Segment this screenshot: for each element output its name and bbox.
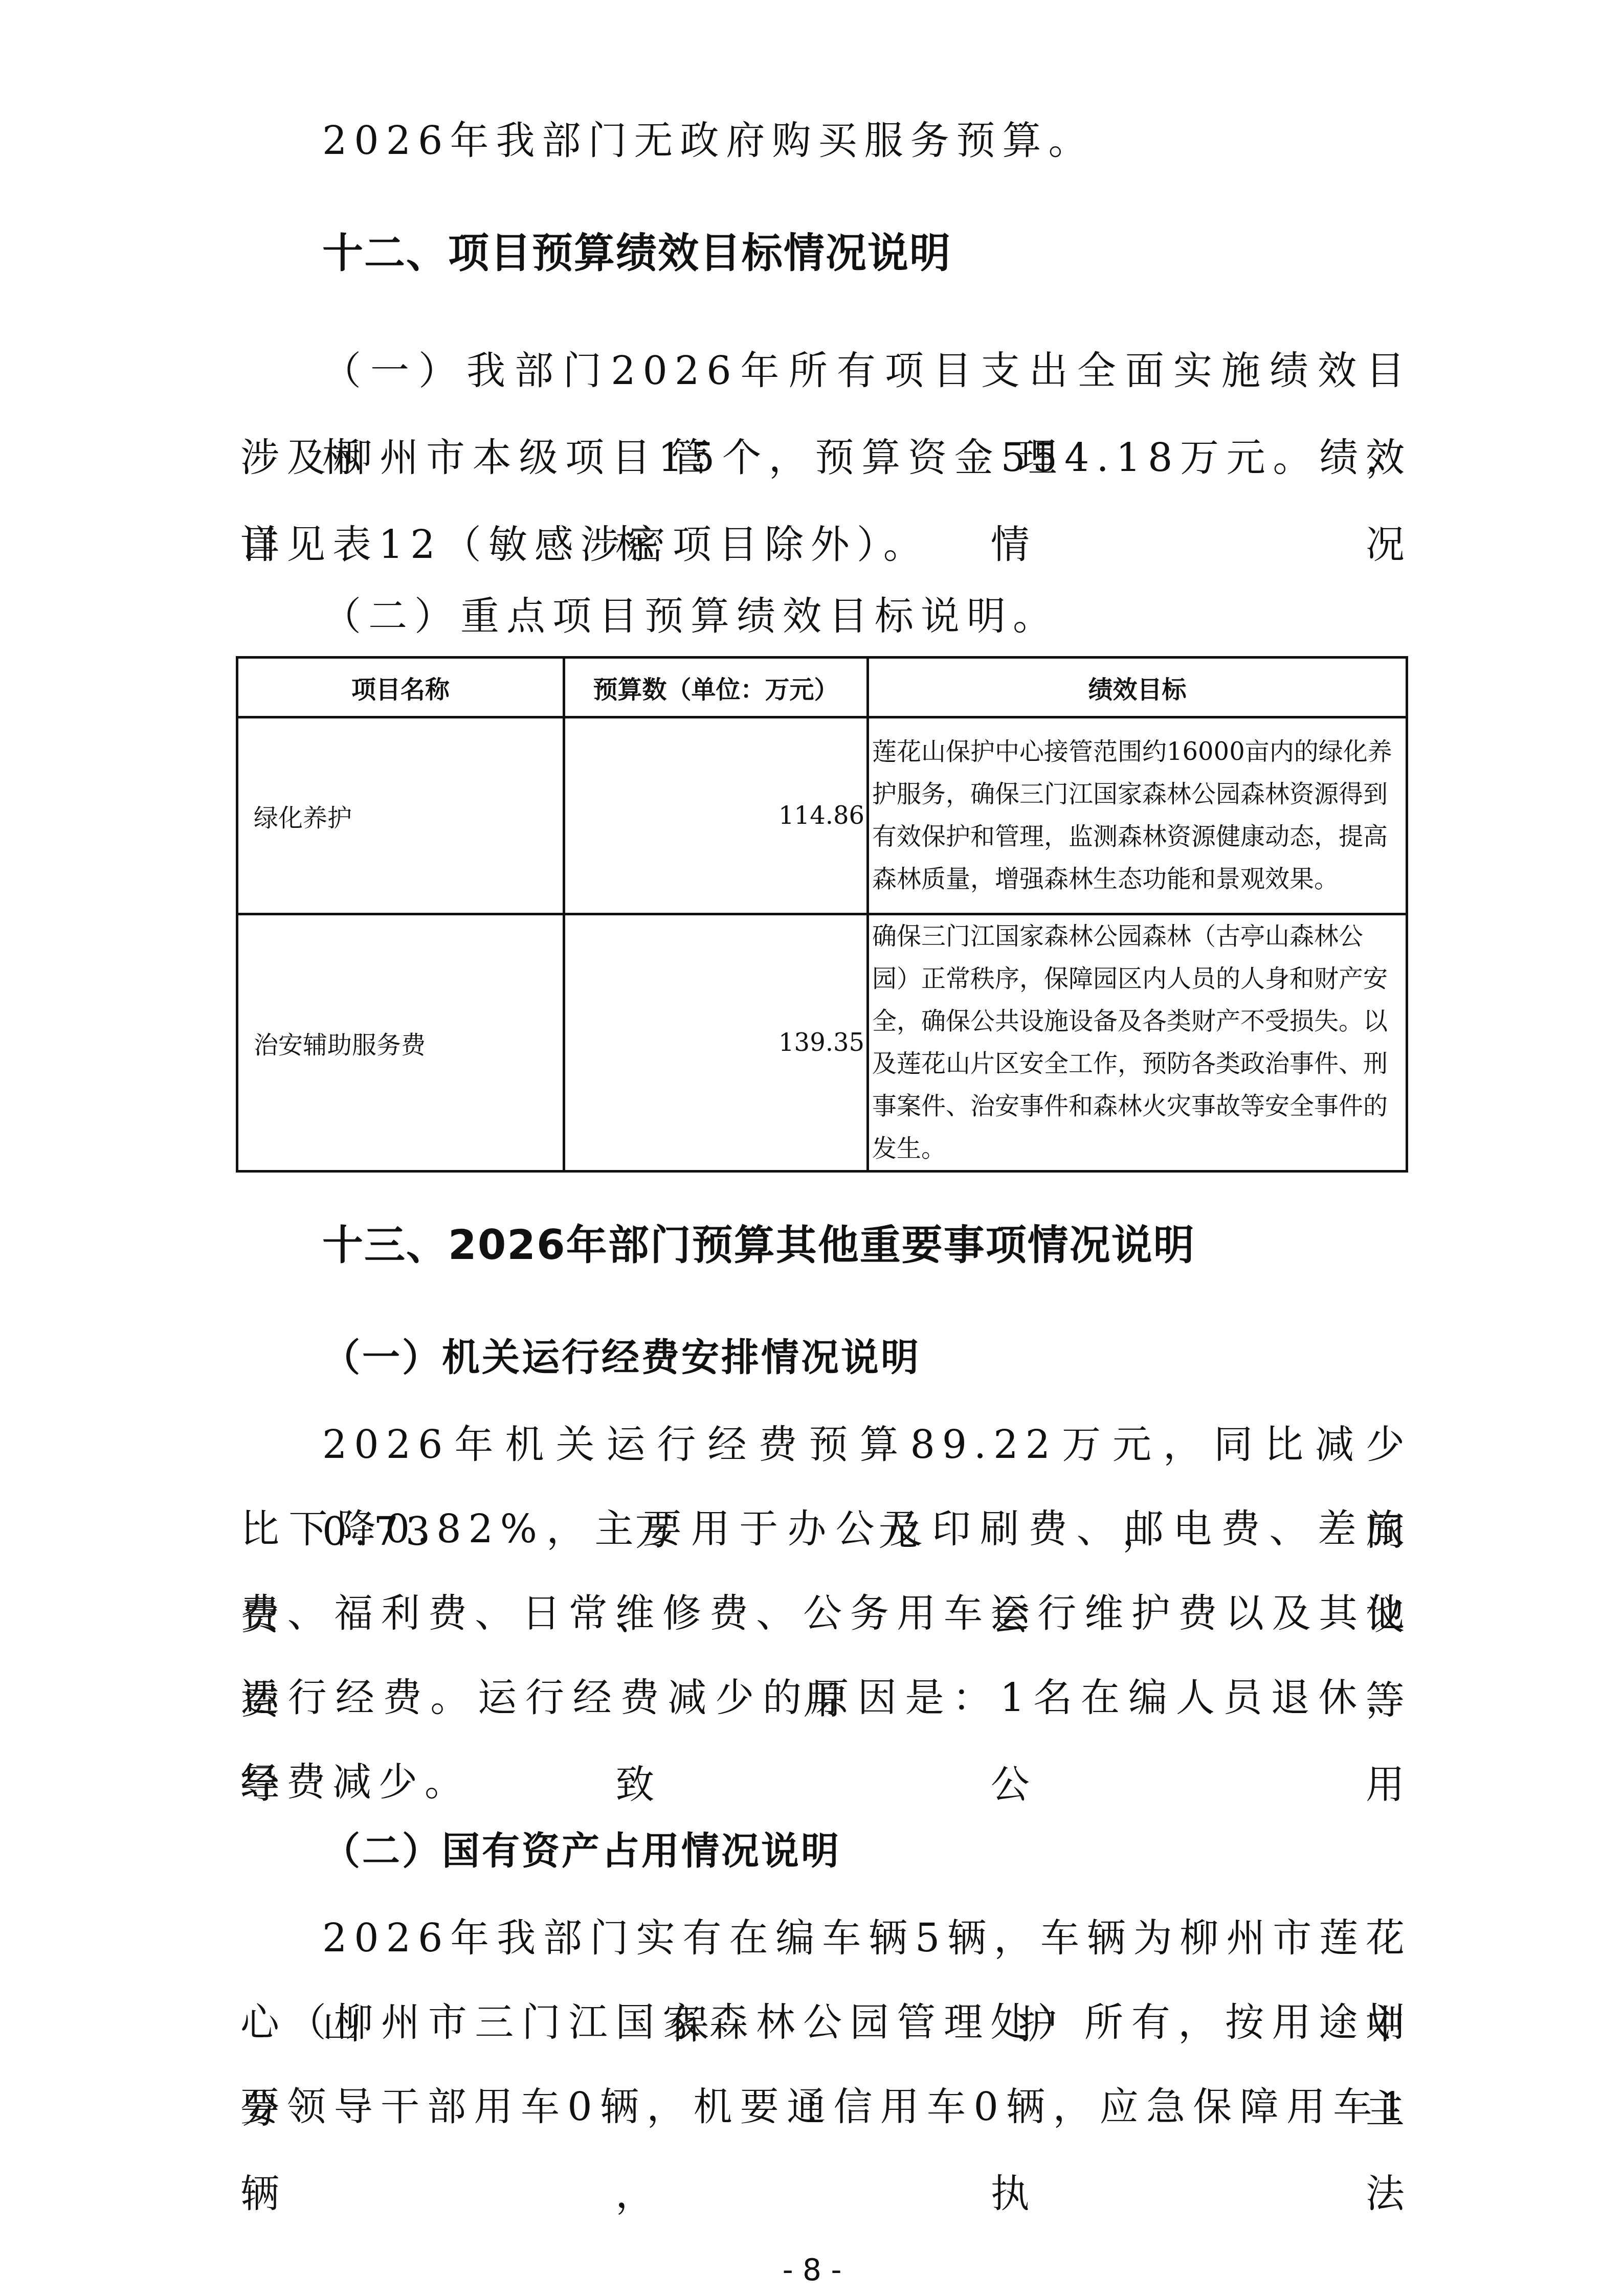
subsection-13-2-heading: （二）国有资产占用情况说明	[322, 1826, 841, 1877]
col-header-budget: 预算数（单位：万元）	[564, 658, 868, 717]
section-13-heading: 十三、2026年部门预算其他重要事项情况说明	[322, 1220, 1195, 1271]
budget-amount: 114.86	[564, 717, 868, 914]
table-header-row: 项目名称 预算数（单位：万元） 绩效目标	[237, 658, 1407, 717]
performance-goal: 莲花山保护中心接管范围约16000亩内的绿化养护服务，确保三门江国家森林公园森林…	[868, 717, 1407, 914]
subsection-13-2-line3: 要领导干部用车0辆，机要通信用车0辆，应急保障用车1辆，执法	[240, 2063, 1412, 2237]
key-project-performance-table: 项目名称 预算数（单位：万元） 绩效目标 绿化养护 114.86 莲花山保护中心…	[236, 656, 1408, 1173]
page-number: - 8 -	[0, 2253, 1624, 2287]
table-row: 治安辅助服务费 139.35 确保三门江国家森林公园森林（古亭山森林公园）正常秩…	[237, 914, 1407, 1172]
budget-amount: 139.35	[564, 914, 868, 1172]
col-header-performance-goal: 绩效目标	[868, 658, 1407, 717]
intro-paragraph: 2026年我部门无政府购买服务预算。	[322, 97, 1412, 184]
section-12-heading: 十二、项目预算绩效目标情况说明	[322, 228, 951, 279]
section-12-para2: （二）重点项目预算绩效目标说明。	[322, 573, 1494, 660]
subsection-13-1-heading: （一）机关运行经费安排情况说明	[322, 1332, 921, 1383]
col-header-project-name: 项目名称	[237, 658, 564, 717]
table-row: 绿化养护 114.86 莲花山保护中心接管范围约16000亩内的绿化养护服务，确…	[237, 717, 1407, 914]
subsection-13-1-line5: 经费减少。	[240, 1739, 1412, 1826]
project-name: 治安辅助服务费	[237, 914, 564, 1172]
project-name: 绿化养护	[237, 717, 564, 914]
performance-goal: 确保三门江国家森林公园森林（古亭山森林公园）正常秩序，保障园区内人员的人身和财产…	[868, 914, 1407, 1172]
